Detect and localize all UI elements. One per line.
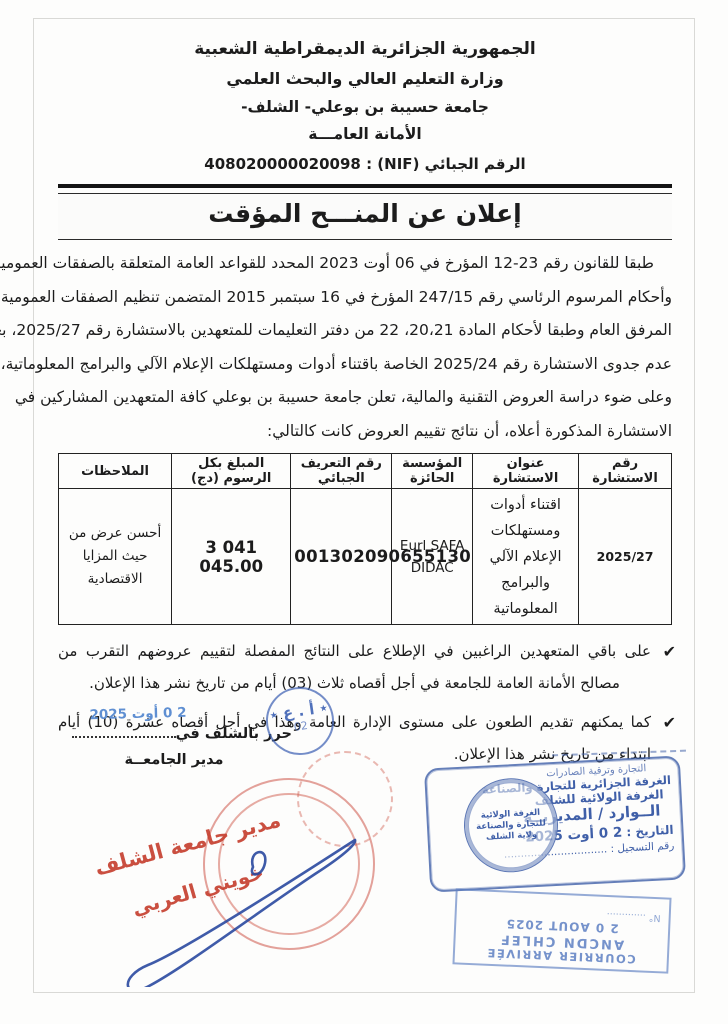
- document-page: الجمهورية الجزائرية الديمقراطية الشعبية …: [0, 0, 728, 1024]
- intro-line: طبقا للقانون رقم 23-12 المؤرخ في 06 أوت …: [58, 247, 672, 281]
- secondary-round-stamp: [297, 751, 393, 847]
- checkmark-icon: ✔: [663, 707, 676, 739]
- cell-consultation-number: 2025/27: [579, 489, 672, 625]
- tax-id-line: الرقم الجبائي (NIF) : 408020000020098: [58, 150, 672, 178]
- title-band: إعلان عن المنـــح المؤقت: [58, 184, 672, 240]
- intro-line: عدم جدوى الاستشارة رقم 2025/24 الخاصة با…: [58, 348, 672, 382]
- ministry-line: وزارة التعليم العالي والبحث العلمي: [58, 64, 672, 93]
- republic-line: الجمهورية الجزائرية الديمقراطية الشعبية: [58, 34, 672, 64]
- checkmark-icon: ✔: [663, 636, 676, 668]
- table-header-row: رقم الاستشارة عنوان الاستشارة المؤسسة ال…: [59, 454, 672, 489]
- university-line: جامعة حسيبة بن بوعلي- الشلف-: [58, 93, 672, 121]
- handstamp-date: 2 0 أوت 2025: [78, 704, 198, 723]
- award-table: رقم الاستشارة عنوان الاستشارة المؤسسة ال…: [58, 453, 672, 625]
- cell-notes: أحسن عرض من حيث المزايا الاقتصادية: [59, 489, 172, 625]
- cell-amount: 3 041 045.00: [172, 489, 291, 625]
- document-header: الجمهورية الجزائرية الديمقراطية الشعبية …: [58, 34, 672, 178]
- col-notes: الملاحظات: [59, 454, 172, 489]
- notice-text: على باقي المتعهدين الراغبين في الإطلاع ع…: [58, 635, 651, 699]
- col-consultation-title: عنوان الاستشارة: [473, 454, 579, 489]
- cell-tax-id: 001302090655130: [291, 489, 392, 625]
- intro-paragraph: طبقا للقانون رقم 23-12 المؤرخ في 06 أوت …: [58, 247, 672, 448]
- intro-line: الاستشارة المذكورة أعلاه، أن نتائج تقييم…: [58, 415, 672, 449]
- chamber-date-label: التاريخ :: [626, 823, 674, 839]
- secretariat-line: الأمانة العامـــة: [58, 121, 672, 148]
- col-consultation-number: رقم الاستشارة: [579, 454, 672, 489]
- table-row: 2025/27 اقتناء أدوات ومستهلكات الإعلام ا…: [59, 489, 672, 625]
- notices-section: ✔ على باقي المتعهدين الراغبين في الإطلاع…: [58, 635, 672, 770]
- cell-consultation-title: اقتناء أدوات ومستهلكات الإعلام الآلي وال…: [473, 489, 579, 625]
- intro-line: المرفق العام وطبقا لأحكام المادة 20،21، …: [58, 314, 672, 348]
- col-company: المؤسسة الحائزة: [392, 454, 473, 489]
- intro-line: وأحكام المرسوم الرئاسي رقم 247/15 المؤرخ…: [58, 281, 672, 315]
- courrier-arrivee-stamp: COURRIER ARRIVÉE ANCDN CHLEF 2 0 AOUT 20…: [452, 888, 671, 973]
- signatory-title: مدير الجامعــة: [104, 752, 244, 768]
- intro-line: وعلى ضوء دراسة العروض التقنية والمالية، …: [58, 381, 672, 415]
- chamber-stamp: التجارة وترقية الصادرات الغرفة الجزائرية…: [424, 755, 686, 892]
- dotted-leader: [72, 724, 176, 738]
- issued-at-line: حرر بالشلف في: [70, 724, 292, 742]
- page-title: إعلان عن المنـــح المؤقت: [58, 193, 672, 240]
- col-tax-id: رقم التعريف الجبائي: [291, 454, 392, 489]
- document-content: الجمهورية الجزائرية الديمقراطية الشعبية …: [58, 34, 672, 777]
- col-amount: المبلغ بكل الرسوم (دج): [172, 454, 291, 489]
- notice-item: ✔ على باقي المتعهدين الراغبين في الإطلاع…: [58, 635, 672, 699]
